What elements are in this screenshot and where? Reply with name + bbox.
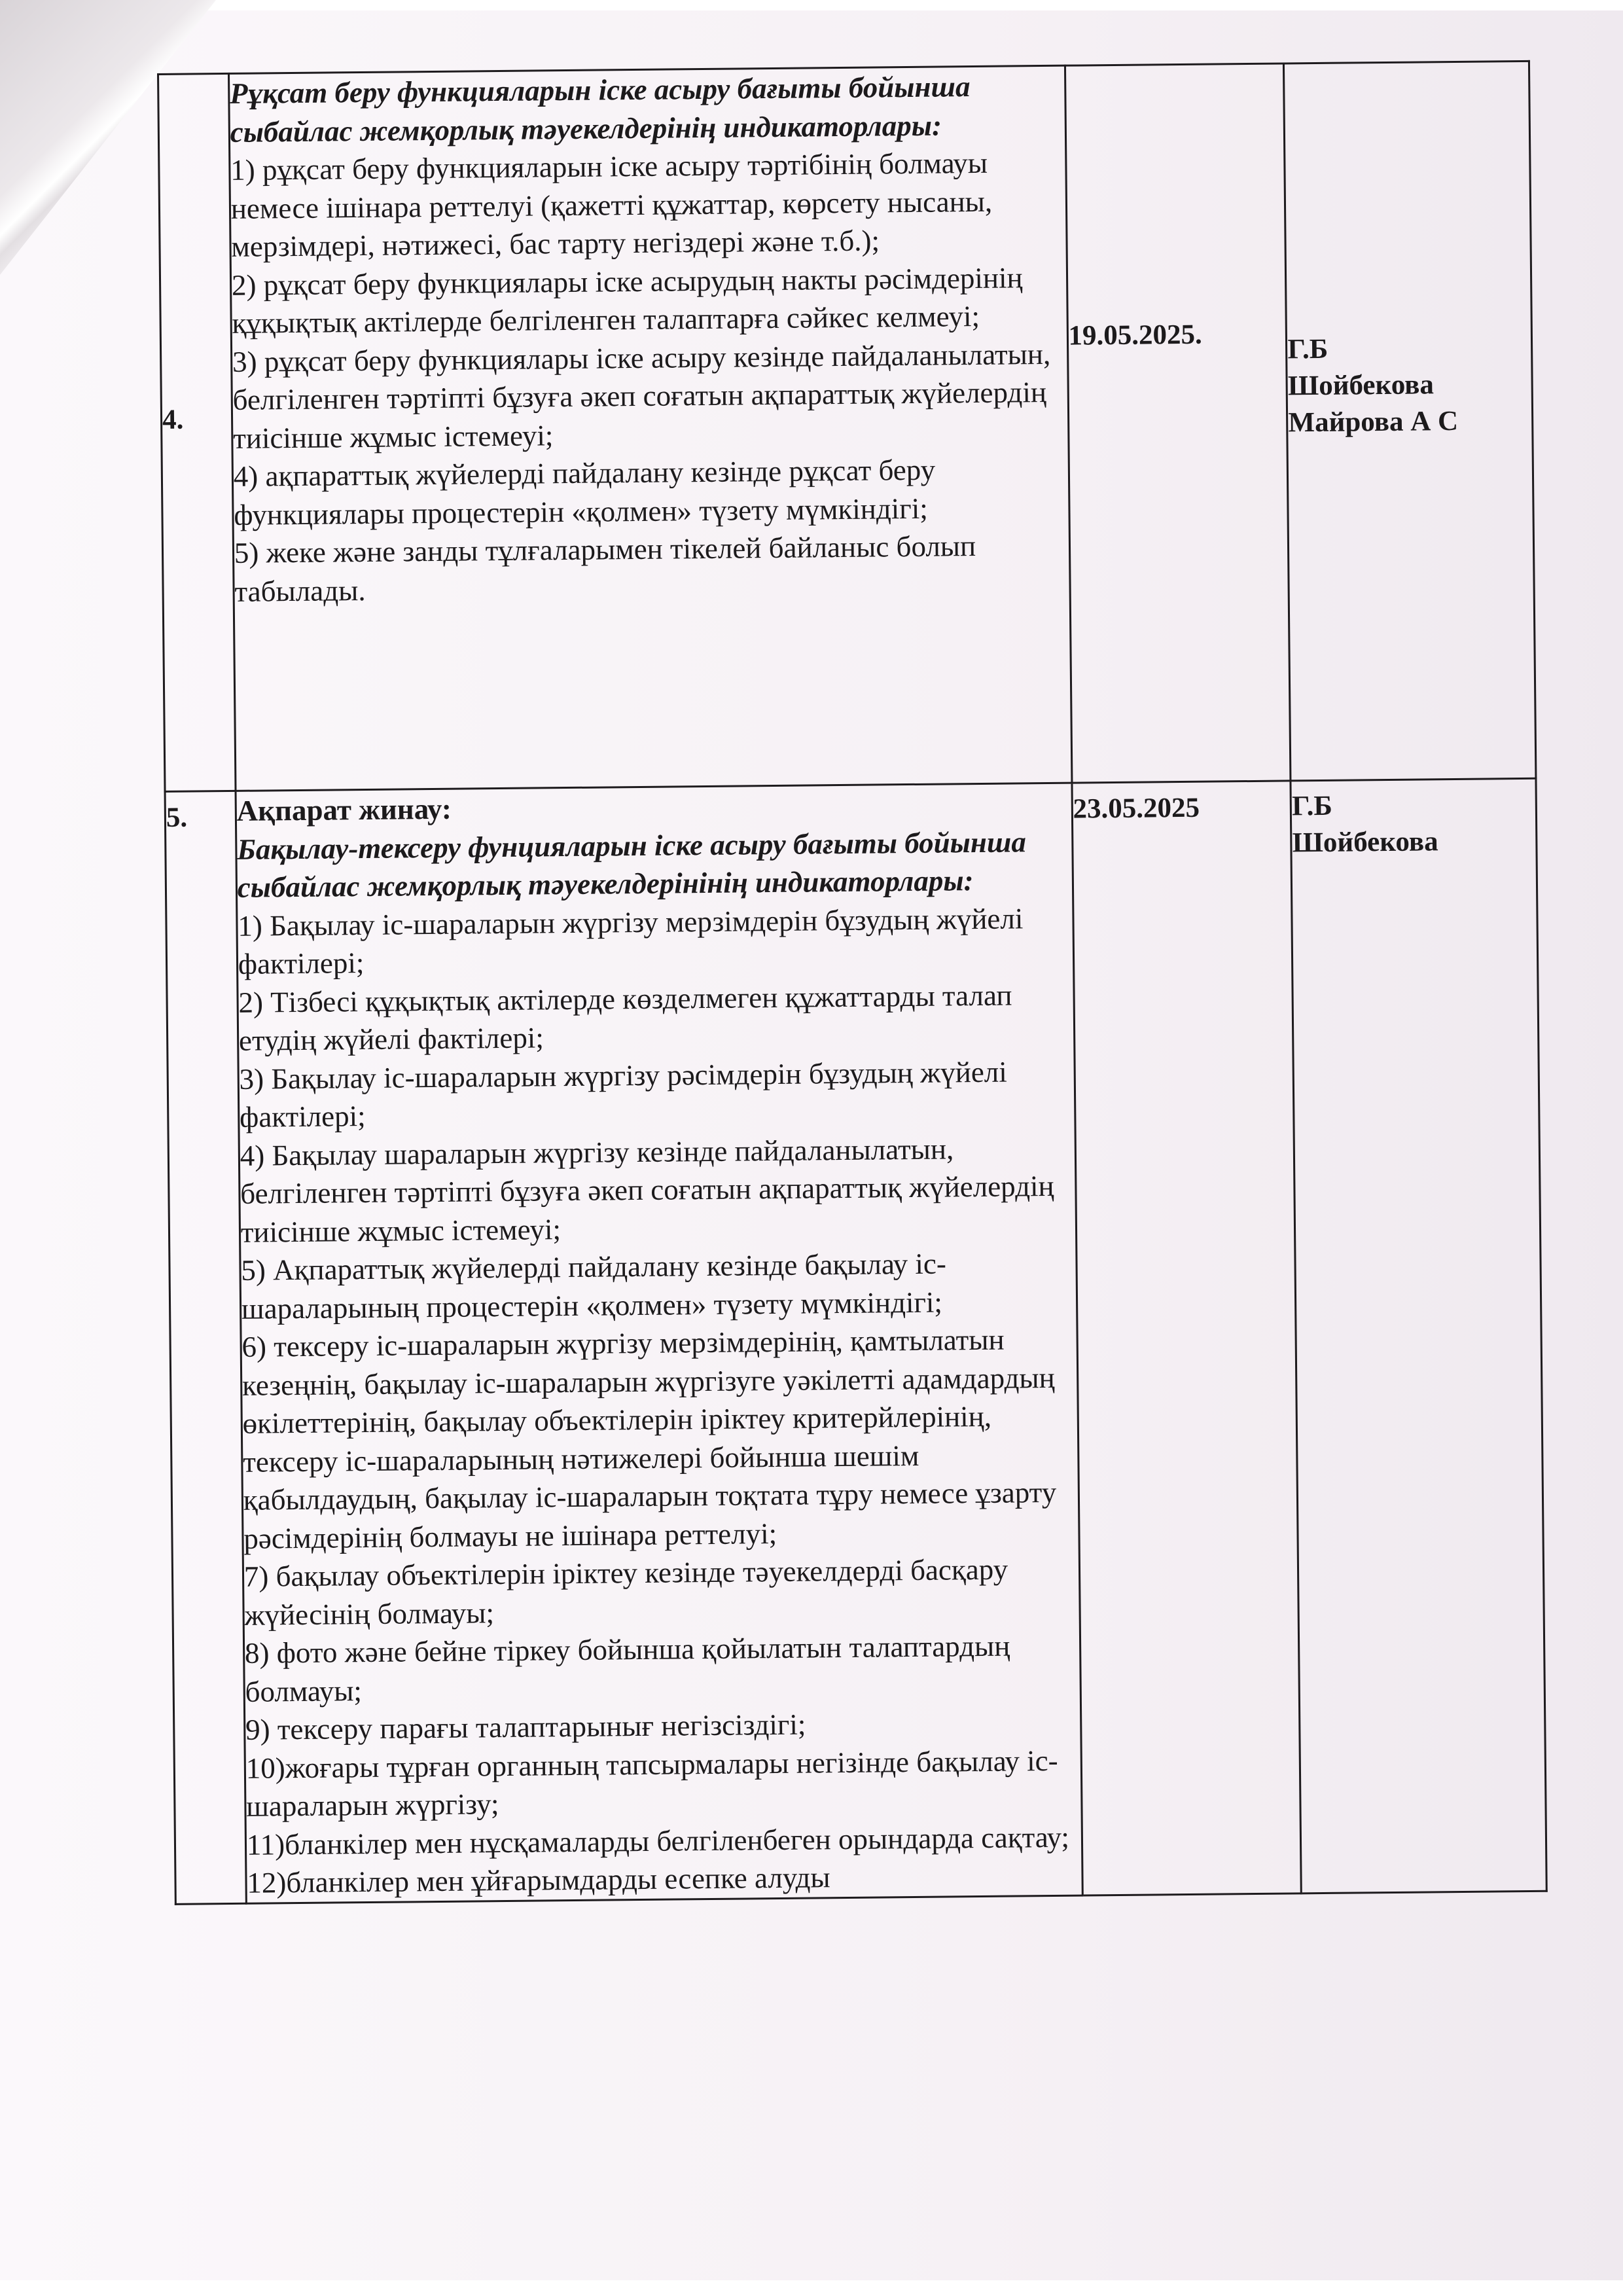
list-item: 4) Бақылау шараларын жүргізу кезінде пай…	[240, 1128, 1075, 1251]
list-item: 12)бланкілер мен ұйғарымдарды есепке алу…	[247, 1856, 1081, 1903]
deadline-date: 19.05.2025.	[1068, 317, 1285, 351]
deadline-date: 23.05.2025	[1073, 781, 1290, 825]
list-item: 6) тексеру іс-шараларын жүргізу мерзімде…	[241, 1320, 1078, 1558]
responsible-name: Шойбекова	[1288, 365, 1531, 404]
list-item: 4) ақпараттық жүйелерді пайдалану кезінд…	[233, 450, 1068, 534]
list-item: 10)жоғары тұрған органның тапсырмалары н…	[245, 1741, 1080, 1825]
indicators-cell: Рұқсат беру функцияларын іске асыру бағы…	[228, 65, 1071, 791]
responsible-name: Майрова А С	[1288, 402, 1531, 441]
scan-bottom-edge	[0, 2280, 1623, 2296]
section-heading: Бақылау-тексеру фунцияларын іске асыру б…	[237, 822, 1072, 906]
row-number: 4.	[162, 403, 231, 436]
responsible-name: Шойбекова	[1292, 823, 1535, 862]
list-item: 2) рұқсат беру функциялары іске асырудың…	[232, 258, 1067, 342]
table-row: 4. Рұқсат беру функцияларын іске асыру б…	[158, 61, 1536, 791]
plan-table: 4. Рұқсат беру функцияларын іске асыру б…	[157, 60, 1548, 1905]
list-item: 2) Тізбесі құқықтық актілерде көзделмеге…	[238, 975, 1073, 1060]
deadline-cell: 23.05.2025	[1072, 781, 1302, 1895]
list-item: 5) жеке және занды тұлғаларымен тікелей …	[234, 526, 1069, 611]
row-number: 5.	[166, 792, 235, 834]
scan-top-edge	[0, 0, 1623, 10]
responsible-initials: Г.Б	[1287, 329, 1531, 368]
table-row: 5. Ақпарат жинау: Бақылау-тексеру фунция…	[165, 778, 1546, 1904]
row-number-cell: 4.	[158, 73, 236, 791]
responsible-cell: Г.Б Шойбекова Майрова А С	[1284, 61, 1536, 781]
list-item: 8) фото және бейне тіркеу бойынша қойыла…	[245, 1626, 1080, 1711]
list-item: 11)бланкілер мен нұсқамаларды белгіленбе…	[247, 1818, 1081, 1864]
list-item: 3) Бақылау іс-шараларын жүргізу рәсімдер…	[239, 1052, 1074, 1136]
list-item: 3) рұқсат беру функциялары іске асыру ке…	[232, 334, 1067, 457]
list-item: 1) рұқсат беру функцияларын іске асыру т…	[230, 143, 1065, 266]
deadline-cell: 19.05.2025.	[1065, 63, 1291, 783]
responsible-initials: Г.Б	[1292, 786, 1535, 825]
list-item: 1) Бақылау іс-шараларын жүргізу мерзімде…	[238, 899, 1073, 983]
section-heading: Рұқсат беру функцияларын іске асыру бағы…	[230, 67, 1065, 151]
list-item: 7) бақылау объектілерін іріктеу кезінде …	[244, 1550, 1079, 1634]
list-item: 5) Ақпараттық жүйелерді пайдалану кезінд…	[241, 1244, 1076, 1328]
responsible-cell: Г.Б Шойбекова	[1291, 778, 1546, 1893]
indicators-cell: Ақпарат жинау: Бақылау-тексеру фунциялар…	[236, 783, 1082, 1903]
row-number-cell: 5.	[165, 791, 246, 1903]
